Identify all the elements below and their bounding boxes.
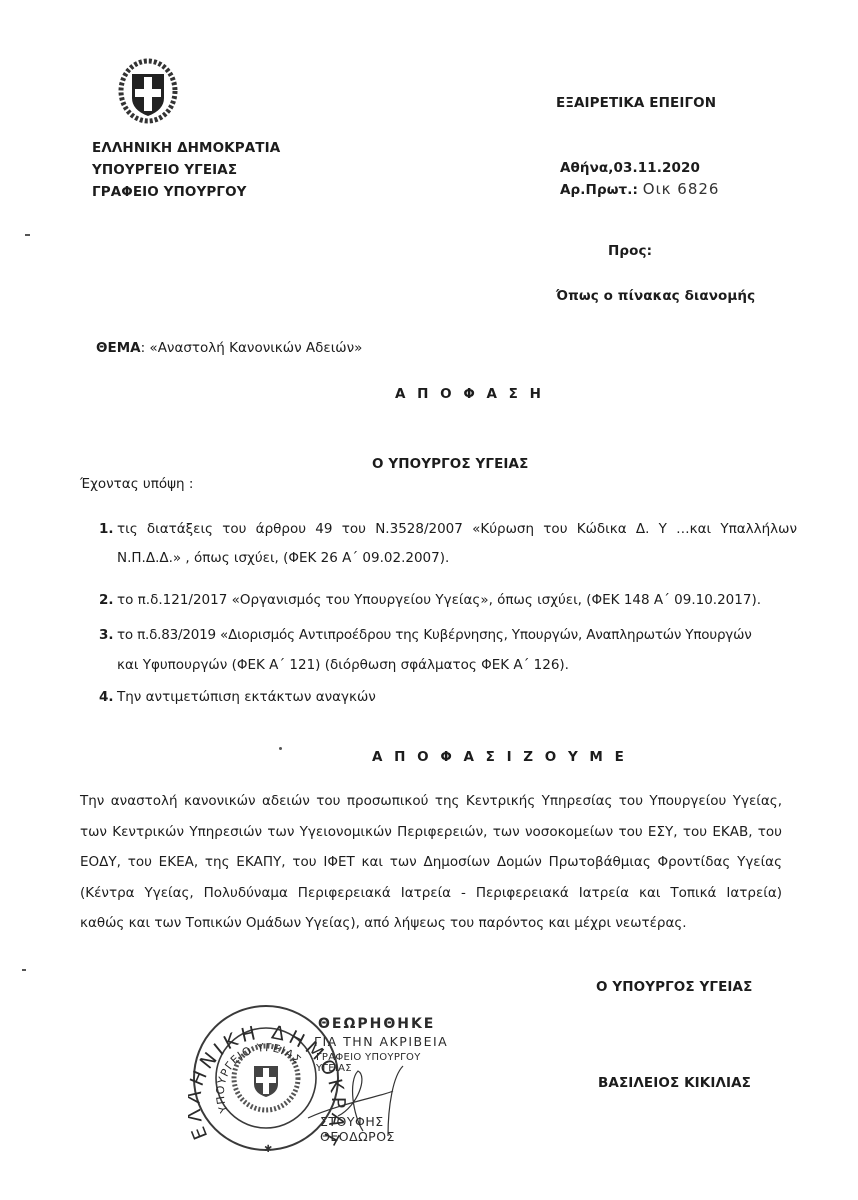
recipient-value: Όπως ο πίνακας διανομής xyxy=(556,285,755,307)
issuer-ministry: ΥΠΟΥΡΓΕΙΟ ΥΓΕΙΑΣ xyxy=(92,159,280,181)
scan-speck xyxy=(25,234,30,236)
decision-line: των Κεντρικών Υπηρεσιών των Υγειονομικών… xyxy=(80,817,782,848)
stamp-certified: ΘΕΩΡΗΘΗΚΕ xyxy=(318,1016,435,1032)
decision-line: Την αναστολή κανονικών αδειών του προσωπ… xyxy=(80,786,782,817)
considering-label: Έχοντας υπόψη : xyxy=(80,470,193,498)
date-label: Αθήνα, xyxy=(560,160,614,176)
consideration-item: 4. Την αντιμετώπιση εκτάκτων αναγκών xyxy=(117,683,376,712)
issuer-block: ΕΛΛΗΝΙΚΗ ΔΗΜΟΚΡΑΤΙΑ ΥΠΟΥΡΓΕΙΟ ΥΓΕΙΑΣ ΓΡΑ… xyxy=(92,137,280,203)
item-text: τις διατάξεις του άρθρου 49 του Ν.3528/2… xyxy=(117,515,797,544)
consideration-item: 2. το π.δ.121/2017 «Οργανισμός του Υπουρ… xyxy=(117,586,761,615)
decision-line: ΕΟΔΥ, του ΕΚΕΑ, της ΕΚΑΠΥ, του ΙΦΕΤ και … xyxy=(80,847,782,878)
svg-text:✱: ✱ xyxy=(264,1144,272,1155)
subject-value: : «Αναστολή Κανονικών Αδειών» xyxy=(141,340,363,356)
stamp-certifier: ΣΤΟΥΦΗΣ ΘΕΟΔΩΡΟΣ xyxy=(320,1114,458,1144)
subject-label: ΘΕΜΑ xyxy=(96,340,141,356)
date-line: Αθήνα,03.11.2020 xyxy=(560,157,700,179)
item-text: το π.δ.121/2017 «Οργανισμός του Υπουργεί… xyxy=(117,586,761,615)
stamp-office: ΓΡΑΦΕΙΟ ΥΠΟΥΡΓΟΥ ΥΓΕΙΑΣ xyxy=(316,1052,458,1074)
signatory-name: ΒΑΣΙΛΕΙΟΣ ΚΙΚΙΛΙΑΣ xyxy=(598,1072,751,1094)
item-number: 3. xyxy=(99,620,114,650)
signatory-title: Ο ΥΠΟΥΡΓΟΣ ΥΓΕΙΑΣ xyxy=(596,976,752,998)
greek-coat-of-arms-icon xyxy=(118,58,178,126)
consideration-item: 1. τις διατάξεις του άρθρου 49 του Ν.352… xyxy=(117,515,797,573)
item-number: 2. xyxy=(99,586,114,615)
decision-paragraph: Την αναστολή κανονικών αδειών του προσωπ… xyxy=(80,786,782,939)
we-decide-heading: Α Π Ο Φ Α Σ Ι Ζ Ο Υ Μ Ε xyxy=(372,749,627,765)
scan-speck xyxy=(279,747,282,750)
issuer-republic: ΕΛΛΗΝΙΚΗ ΔΗΜΟΚΡΑΤΙΑ xyxy=(92,137,280,159)
subject-line: ΘΕΜΑ: «Αναστολή Κανονικών Αδειών» xyxy=(96,334,362,362)
certification-stamp: ΕΛΛΗΝΙΚΗ ΔΗΜΟΚΡΑΤΙΑ ΥΠΟΥΡΓΕΙΟ ΥΓΕΙΑΣ ✱ Θ… xyxy=(188,996,458,1156)
issuer-office: ΓΡΑΦΕΙΟ ΥΠΟΥΡΓΟΥ xyxy=(92,181,280,203)
item-text: Την αντιμετώπιση εκτάκτων αναγκών xyxy=(117,683,376,712)
decision-title: Α Π Ο Φ Α Σ Η xyxy=(395,386,544,402)
recipient-label: Προς: xyxy=(608,240,652,262)
item-text-cont: Ν.Π.Δ.Δ.» , όπως ισχύει, (ΦΕΚ 26 Α΄ 09.0… xyxy=(117,544,797,573)
urgency-label: ΕΞΑΙΡΕΤΙΚΑ ΕΠΕΙΓΟΝ xyxy=(556,92,716,114)
item-text: το π.δ.83/2019 «Διορισμός Αντιπροέδρου τ… xyxy=(117,620,807,650)
date-value: 03.11.2020 xyxy=(614,160,700,176)
consideration-item: 3. το π.δ.83/2019 «Διορισμός Αντιπροέδρο… xyxy=(117,620,807,680)
protocol-number-handwritten: Οικ 6826 xyxy=(643,180,720,198)
protocol-line: Αρ.Πρωτ.: Οικ 6826 xyxy=(560,178,719,201)
item-text-cont: και Υφυπουργών (ΦΕΚ Α΄ 121) (διόρθωση σφ… xyxy=(117,650,807,680)
stamp-accuracy: ΓΙΑ ΤΗΝ ΑΚΡΙΒΕΙΑ xyxy=(314,1034,448,1049)
item-number: 1. xyxy=(99,515,114,544)
decision-line: καθώς και των Τοπικών Ομάδων Υγείας), απ… xyxy=(80,908,782,939)
authority-heading: Ο ΥΠΟΥΡΓΟΣ ΥΓΕΙΑΣ xyxy=(372,453,528,475)
decision-line: (Κέντρα Υγείας, Πολυδύναμα Περιφερειακά … xyxy=(80,878,782,909)
scan-speck xyxy=(22,969,26,971)
item-number: 4. xyxy=(99,683,114,712)
protocol-label: Αρ.Πρωτ.: xyxy=(560,182,638,198)
